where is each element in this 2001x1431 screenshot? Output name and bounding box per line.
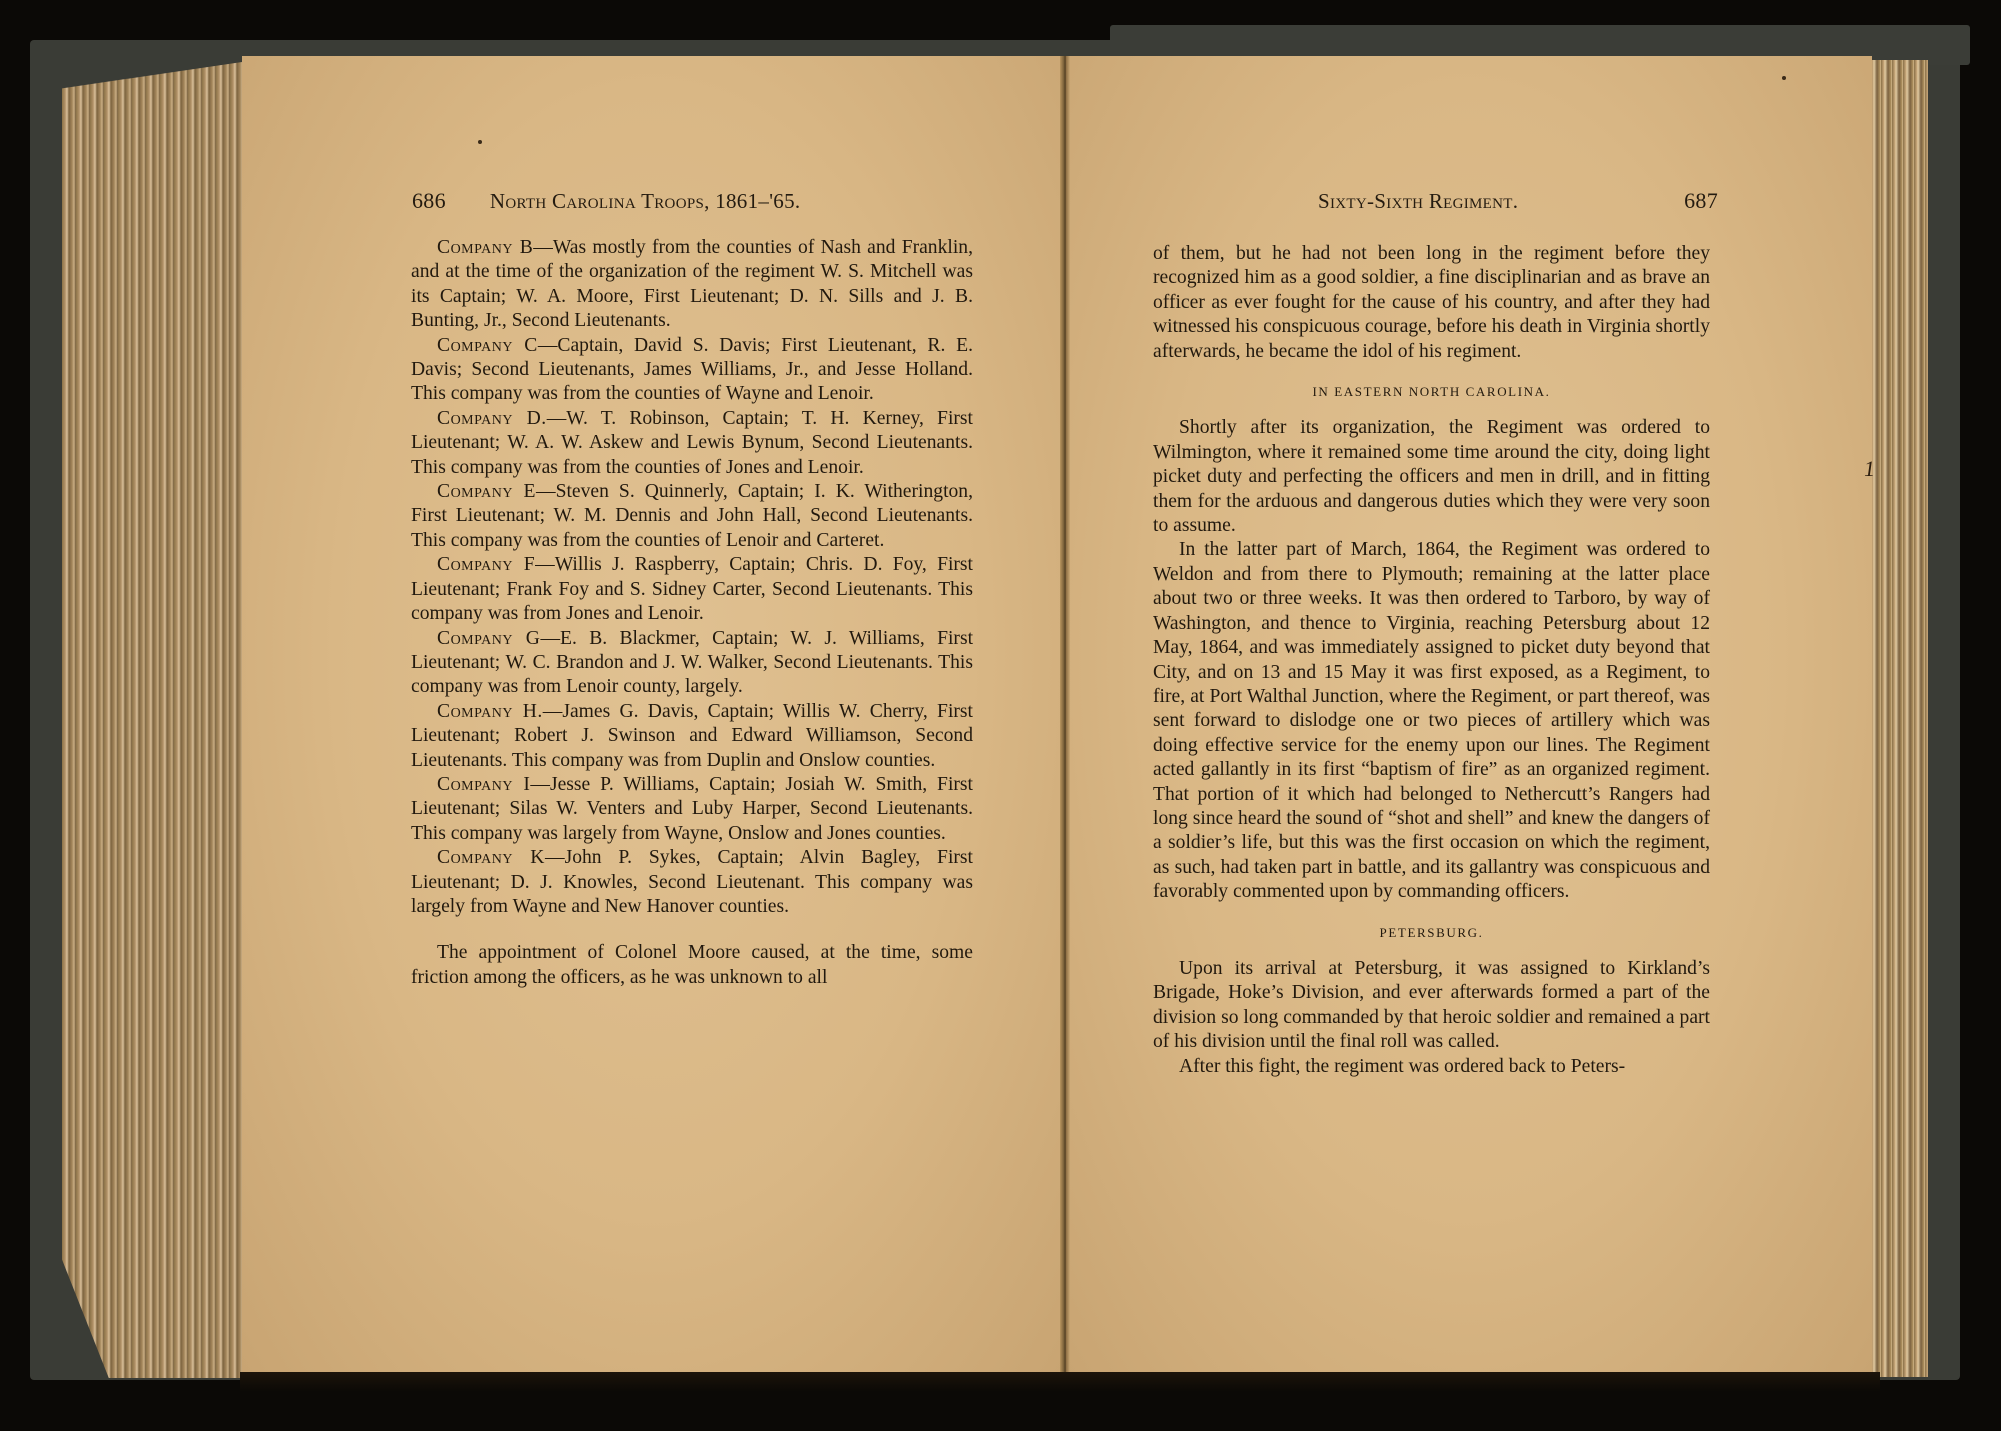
bottom-shadow bbox=[240, 1372, 1880, 1392]
section-heading: PETERSBURG. bbox=[1153, 921, 1710, 945]
paragraph-gap bbox=[411, 919, 973, 941]
company-label: Company K bbox=[437, 847, 545, 868]
company-paragraph: Company E—Steven S. Quinnerly, Captain; … bbox=[411, 480, 973, 553]
paper-speck bbox=[478, 140, 482, 144]
company-label: Company D. bbox=[437, 408, 547, 429]
left-running-head: 686 North Carolina Troops, 1861–'65. bbox=[412, 188, 800, 214]
company-label: Company B bbox=[437, 237, 533, 258]
opening-paragraph: of them, but he had not been long in the… bbox=[1153, 242, 1710, 364]
page-edges-right bbox=[1870, 60, 1928, 1377]
section-heading: IN EASTERN NORTH CAROLINA. bbox=[1153, 380, 1710, 404]
body-paragraph: Shortly after its organization, the Regi… bbox=[1153, 416, 1710, 538]
book-gutter bbox=[1060, 56, 1070, 1376]
right-running-head: Sixty-Sixth Regiment. 687 bbox=[1318, 188, 1718, 214]
company-paragraph: Company B—Was mostly from the counties o… bbox=[411, 236, 973, 334]
left-body-text: Company B—Was mostly from the counties o… bbox=[411, 236, 973, 990]
company-paragraph: Company F—Willis J. Raspberry, Captain; … bbox=[411, 553, 973, 626]
company-label: Company G bbox=[437, 628, 540, 649]
right-body-text: of them, but he had not been long in the… bbox=[1153, 242, 1710, 1079]
right-running-title: Sixty-Sixth Regiment. bbox=[1318, 189, 1518, 214]
closing-paragraph: The appointment of Colonel Moore caused,… bbox=[411, 941, 973, 990]
company-label: Company E bbox=[437, 481, 536, 502]
right-page-number: 687 bbox=[1684, 188, 1718, 214]
company-paragraph: Company I—Jesse P. Williams, Captain; Jo… bbox=[411, 773, 973, 846]
company-paragraph: Company C—Captain, David S. Davis; First… bbox=[411, 334, 973, 407]
left-page-number: 686 bbox=[412, 188, 446, 214]
body-paragraph: Upon its arrival at Petersburg, it was a… bbox=[1153, 957, 1710, 1055]
company-paragraph: Company D.—W. T. Robinson, Captain; T. H… bbox=[411, 407, 973, 480]
left-running-title: North Carolina Troops, 1861–'65. bbox=[490, 189, 801, 214]
page-edges-left bbox=[62, 62, 242, 1378]
company-label: Company H. bbox=[437, 701, 543, 722]
paper-speck bbox=[1782, 76, 1786, 80]
company-label: Company C bbox=[437, 335, 538, 356]
company-paragraph: Company H.—James G. Davis, Captain; Will… bbox=[411, 700, 973, 773]
body-paragraph: After this fight, the regiment was order… bbox=[1153, 1055, 1710, 1079]
company-paragraph: Company K—John P. Sykes, Captain; Alvin … bbox=[411, 846, 973, 919]
body-paragraph: In the latter part of March, 1864, the R… bbox=[1153, 538, 1710, 904]
company-label: Company I bbox=[437, 774, 530, 795]
company-label: Company F bbox=[437, 554, 535, 575]
company-paragraph: Company G—E. B. Blackmer, Captain; W. J.… bbox=[411, 627, 973, 700]
